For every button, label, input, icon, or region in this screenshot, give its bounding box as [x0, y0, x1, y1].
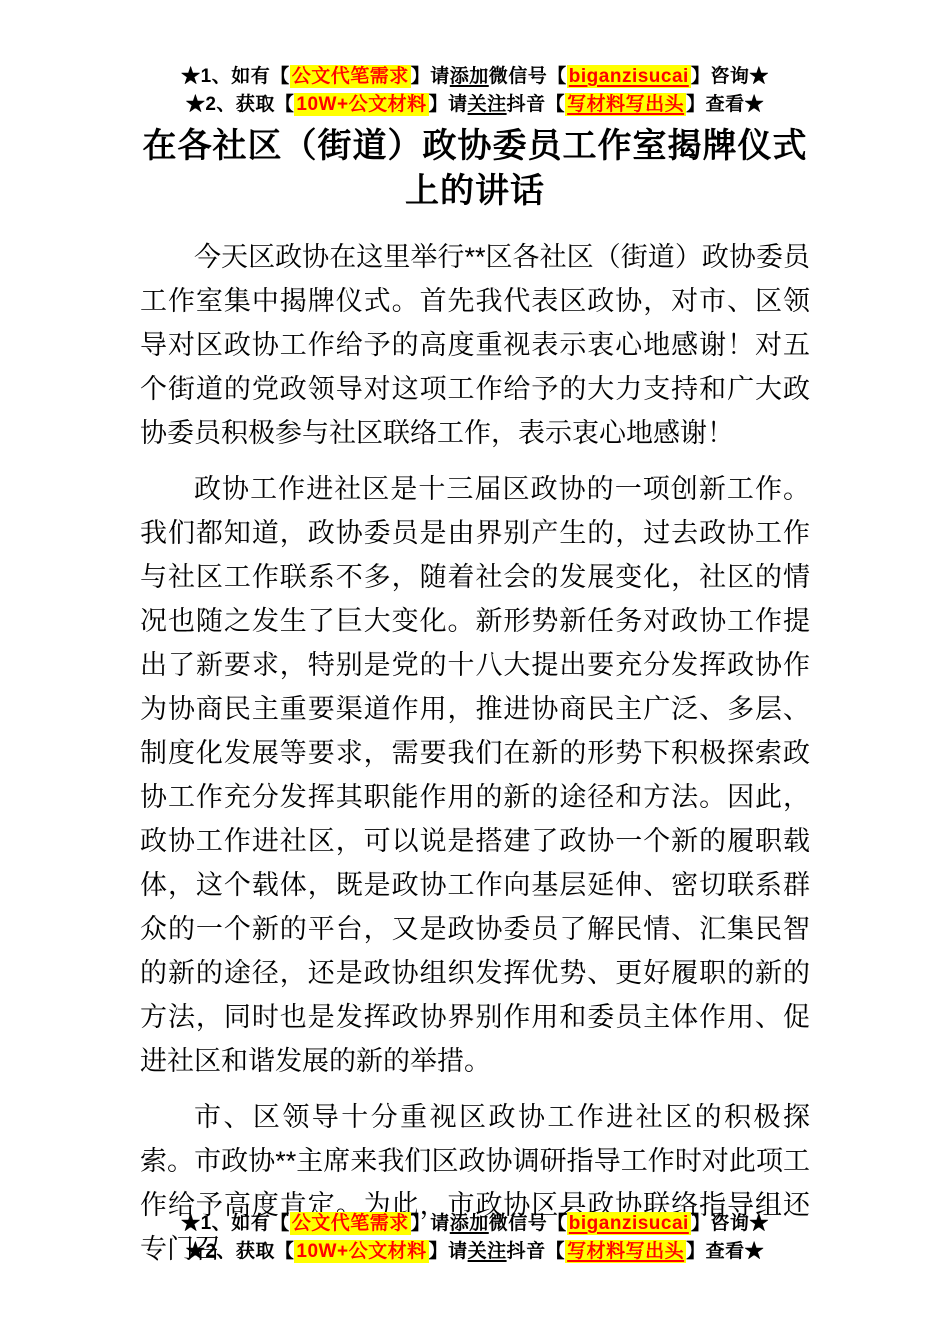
promo-highlighted-service: 公文代笔需求 [290, 1212, 411, 1235]
promo-text: ★2、获取【 [186, 1241, 295, 1262]
promo-footer: ★1、如有【公文代笔需求】请添加微信号【biganzisucai】咨询★ ★2、… [0, 1210, 950, 1266]
promo-text: 抖音【 [507, 94, 566, 115]
promo-underlined-action: 添加 [450, 1213, 489, 1234]
promo-underlined-action: 关注 [468, 94, 507, 115]
promo-text: 】查看★ [686, 1241, 764, 1262]
title-line-1: 在各社区（街道）政协委员工作室揭牌仪式 [0, 124, 950, 169]
promo-header: ★1、如有【公文代笔需求】请添加微信号【biganzisucai】咨询★ ★2、… [0, 0, 950, 119]
promo-text: 】请 [411, 1213, 450, 1234]
promo-text: 】请 [411, 66, 450, 87]
paragraph-1: 今天区政协在这里举行**区各社区（街道）政协委员工作室集中揭牌仪式。首先我代表区… [140, 235, 810, 455]
promo-douyin-account: 写材料写出头 [565, 93, 686, 116]
promo-highlighted-service: 公文代笔需求 [290, 65, 411, 88]
promo-text: 】咨询★ [691, 1213, 769, 1234]
promo-underlined-action: 添加 [450, 66, 489, 87]
document-page: ★1、如有【公文代笔需求】请添加微信号【biganzisucai】咨询★ ★2、… [0, 0, 950, 1344]
promo-text: 】咨询★ [691, 66, 769, 87]
promo-douyin-account: 写材料写出头 [565, 1240, 686, 1263]
document-body: 今天区政协在这里举行**区各社区（街道）政协委员工作室集中揭牌仪式。首先我代表区… [140, 235, 810, 1271]
promo-underlined-action: 关注 [468, 1241, 507, 1262]
promo-header-line-2: ★2、获取【10W+公文材料】请关注抖音【写材料写出头】查看★ [0, 91, 950, 119]
promo-text: 抖音【 [507, 1241, 566, 1262]
promo-text: 】请 [429, 94, 468, 115]
document-title: 在各社区（街道）政协委员工作室揭牌仪式 上的讲话 [0, 124, 950, 214]
promo-footer-line-1: ★1、如有【公文代笔需求】请添加微信号【biganzisucai】咨询★ [0, 1210, 950, 1238]
promo-text: ★1、如有【 [181, 1213, 290, 1234]
promo-wechat-id: biganzisucai [567, 65, 691, 88]
paragraph-2: 政协工作进社区是十三届区政协的一项创新工作。我们都知道，政协委员是由界别产生的，… [140, 467, 810, 1083]
promo-text: 】查看★ [686, 94, 764, 115]
promo-header-line-1: ★1、如有【公文代笔需求】请添加微信号【biganzisucai】咨询★ [0, 63, 950, 91]
promo-text: ★1、如有【 [181, 66, 290, 87]
promo-text: ★2、获取【 [186, 94, 295, 115]
promo-highlighted-material: 10W+公文材料 [294, 93, 428, 116]
promo-highlighted-material: 10W+公文材料 [294, 1240, 428, 1263]
promo-text: 】请 [429, 1241, 468, 1262]
promo-footer-line-2: ★2、获取【10W+公文材料】请关注抖音【写材料写出头】查看★ [0, 1238, 950, 1266]
title-line-2: 上的讲话 [0, 169, 950, 214]
promo-text: 微信号【 [489, 66, 567, 87]
promo-wechat-id: biganzisucai [567, 1212, 691, 1235]
promo-text: 微信号【 [489, 1213, 567, 1234]
